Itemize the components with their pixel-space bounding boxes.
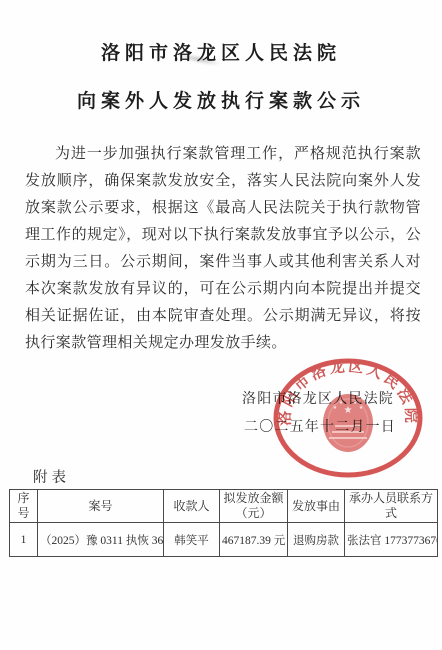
table-header-row: 序号 案号 收款人 拟发放金额（元） 发放事由 承办人员联系方式 bbox=[10, 490, 438, 523]
cell-case-no: （2025）豫 0311 执恢 361 号 bbox=[38, 523, 164, 557]
cell-payee: 韩笑平 bbox=[164, 523, 220, 557]
cell-amount: 467187.39 元 bbox=[220, 523, 288, 557]
table-row: 1 （2025）豫 0311 执恢 361 号 韩笑平 467187.39 元 … bbox=[10, 523, 438, 557]
notice-body-paragraph: 为进一步加强执行案款管理工作，严格规范执行案款发放顺序，确保案款发放安全，落实人… bbox=[25, 141, 421, 357]
header-amount: 拟发放金额（元） bbox=[220, 490, 288, 523]
court-name-title: 洛阳市洛龙区人民法院 bbox=[0, 38, 442, 65]
signature-court-name: 洛阳市洛龙区人民法院 bbox=[242, 388, 394, 408]
attachment-table-label: 附表 bbox=[33, 466, 70, 487]
header-reason: 发放事由 bbox=[288, 490, 345, 523]
cell-contact: 张法官 17737736700 bbox=[345, 523, 438, 557]
cell-reason: 退购房款 bbox=[288, 523, 345, 557]
payout-table: 序号 案号 收款人 拟发放金额（元） 发放事由 承办人员联系方式 1 （2025… bbox=[9, 489, 438, 557]
header-payee: 收款人 bbox=[164, 490, 220, 523]
notice-title: 向案外人发放执行案款公示 bbox=[0, 86, 442, 113]
header-case-no: 案号 bbox=[38, 490, 164, 523]
scanned-court-notice-page: 洛阳市洛龙区人民法院 向案外人发放执行案款公示 为进一步加强执行案款管理工作，严… bbox=[0, 0, 442, 650]
signature-date: 二〇二五年十二月一日 bbox=[244, 416, 396, 436]
header-seq: 序号 bbox=[10, 490, 38, 523]
cell-seq: 1 bbox=[10, 523, 38, 557]
header-contact: 承办人员联系方式 bbox=[345, 490, 438, 523]
